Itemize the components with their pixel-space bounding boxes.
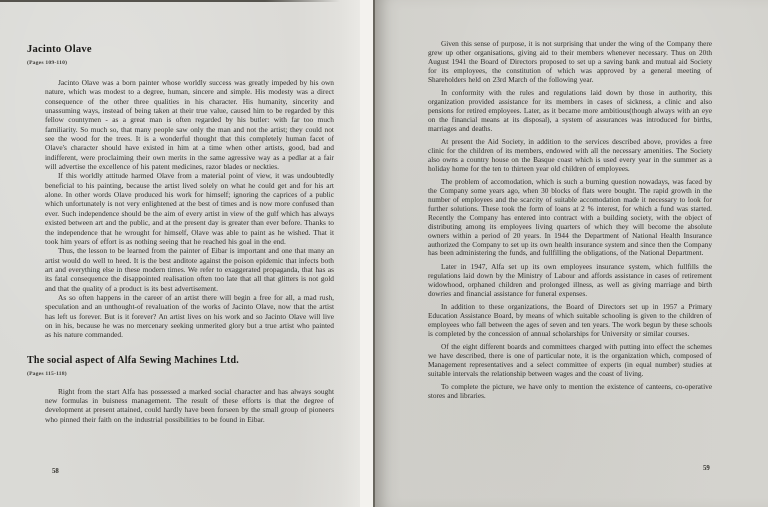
page-top-edge-line [0, 0, 340, 2]
left-page: Jacinto Olave (Pages 109-110) Jacinto Ol… [0, 0, 360, 507]
right-page-content: Given this sense of purpose, it is not s… [428, 40, 712, 406]
section-body: Jacinto Olave was a born painter whose w… [45, 78, 334, 340]
paragraph: Jacinto Olave was a born painter whose w… [45, 78, 334, 171]
paragraph: As so often happens in the career of an … [45, 293, 334, 340]
section-alfa-social-aspect: The social aspect of Alfa Sewing Machine… [27, 355, 335, 424]
paragraph: At present the Aid Society, in addition … [428, 138, 712, 174]
paragraph: Later in 1947, Alfa set up its own emplo… [428, 263, 712, 299]
paragraph: In addition to these organizations, the … [428, 303, 712, 339]
paragraph: If this worldly attitude harmed Olave fr… [45, 171, 334, 246]
paragraph: To complete the picture, we have only to… [428, 383, 712, 401]
left-page-number: 58 [52, 468, 59, 475]
paragraph: Right from the start Alfa has possessed … [45, 387, 334, 424]
paragraph: In conformity with the rules and regulat… [428, 89, 712, 134]
right-page-number: 59 [703, 465, 710, 472]
paragraph: Thus, the lesson to be learned from the … [45, 246, 334, 293]
paragraph: Given this sense of purpose, it is not s… [428, 40, 712, 85]
section-body: Right from the start Alfa has possessed … [45, 387, 334, 424]
paragraph: Of the eight different boards and commit… [428, 343, 712, 379]
section-heading-alfa: The social aspect of Alfa Sewing Machine… [27, 355, 335, 366]
section-heading-jacinto-olave: Jacinto Olave [27, 44, 335, 55]
section-pages-reference: (Pages 115-118) [27, 371, 335, 377]
paragraph: The problem of accomodation, which is su… [428, 178, 712, 258]
section-pages-reference: (Pages 109-110) [27, 60, 335, 66]
left-page-content: Jacinto Olave (Pages 109-110) Jacinto Ol… [27, 44, 335, 424]
